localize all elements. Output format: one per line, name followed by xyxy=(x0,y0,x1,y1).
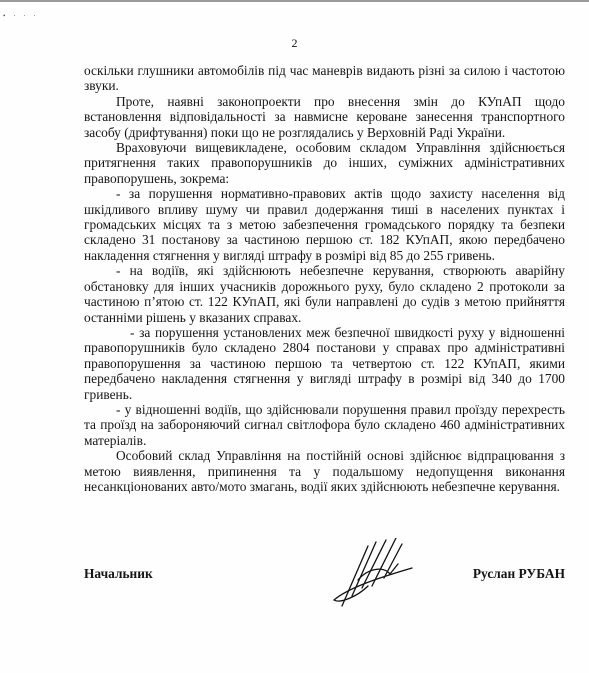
page-number: 2 xyxy=(0,36,589,51)
list-item-dangerous-driving: - на водіїв, які здійснюють небезпечне к… xyxy=(84,263,565,325)
list-item-noise-violations: - за порушення нормативно-правових актів… xyxy=(84,186,565,263)
list-item-speeding: - за порушення установлених меж безпечно… xyxy=(84,325,565,402)
signatory-title: Начальник xyxy=(84,566,153,582)
signatory-name: Руслан РУБАН xyxy=(473,566,565,582)
paragraph-closing: Особовий склад Управління на постійній о… xyxy=(84,448,565,494)
handwritten-signature-icon xyxy=(328,538,418,608)
scan-marks: • · · · xyxy=(3,13,39,19)
paragraph-continuation: оскільки глушники автомобілів під час ма… xyxy=(84,63,565,94)
document-body: оскільки глушники автомобілів під час ма… xyxy=(84,63,565,494)
scan-edge xyxy=(0,0,589,2)
list-item-intersections: - у відношенні водіїв, що здійснювали по… xyxy=(84,402,565,448)
paragraph-draft-laws: Проте, наявні законопроекти про внесення… xyxy=(84,94,565,140)
paragraph-intro-list: Враховуючи вищевикладене, особовим склад… xyxy=(84,140,565,186)
